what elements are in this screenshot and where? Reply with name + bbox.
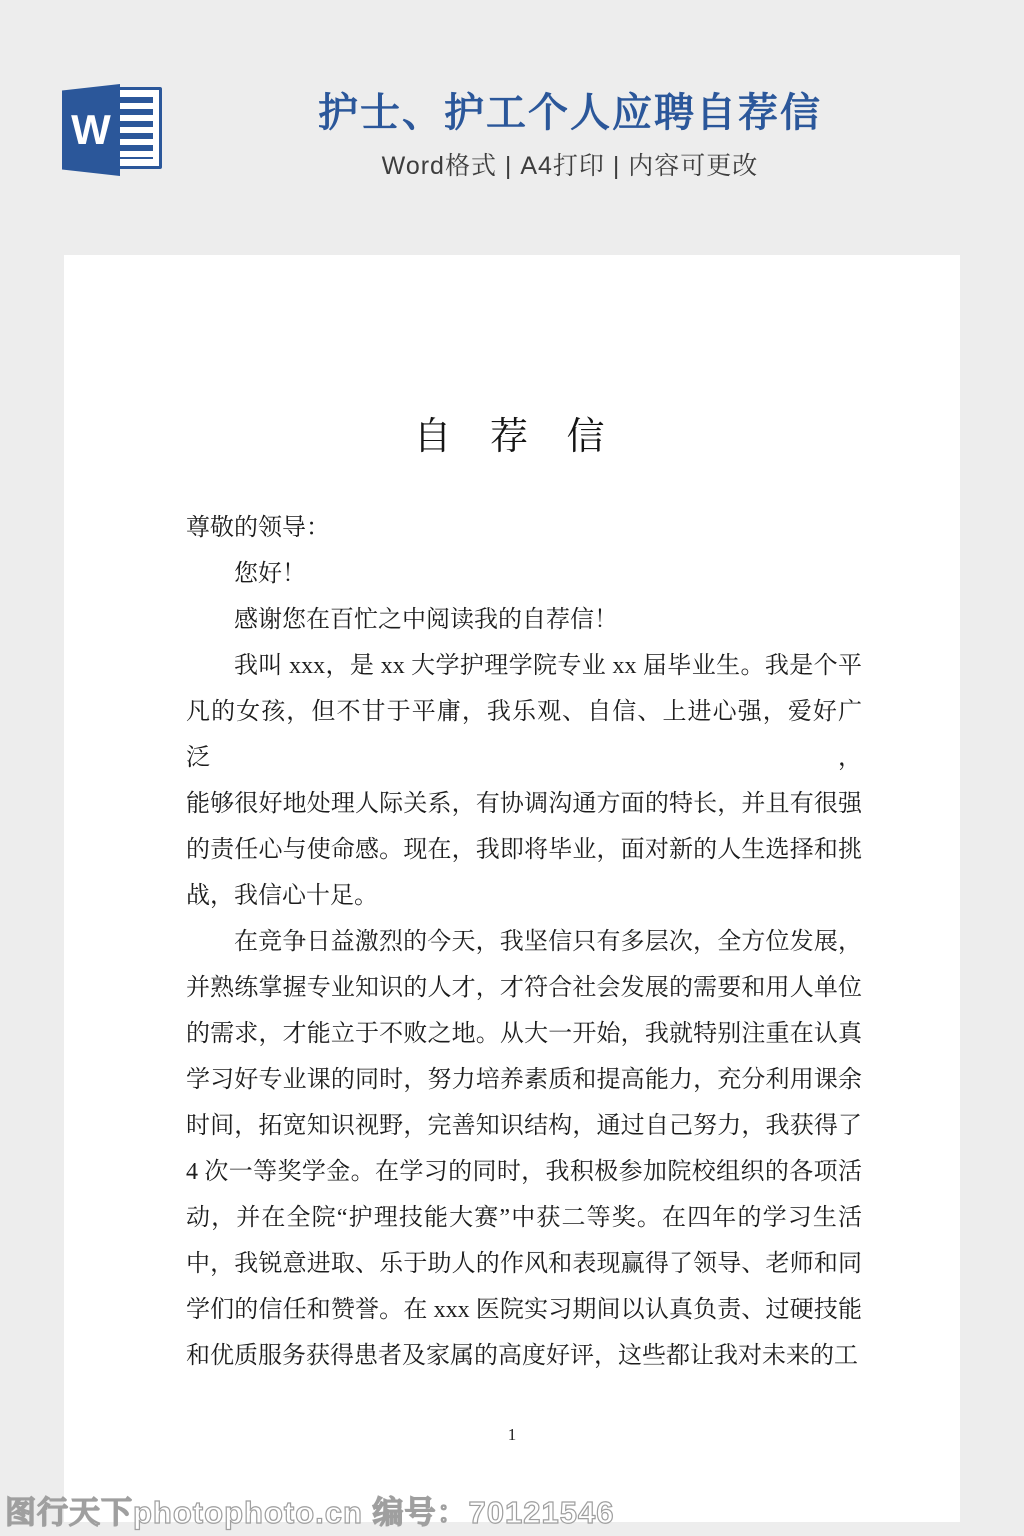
document-line: 在竞争日益激烈的今天，我坚信只有多层次，全方位发展， <box>186 919 862 965</box>
document-line: 时间，拓宽知识视野，完善知识结构，通过自己努力，我获得了 <box>186 1103 862 1149</box>
document-line: 我叫 xxx，是 xx 大学护理学院专业 xx 届毕业生。我是个平 <box>186 643 862 689</box>
document-line: 中，我锐意进取、乐于助人的作风和表现赢得了领导、老师和同 <box>186 1241 862 1287</box>
letter-title: 自 荐 信 <box>64 255 960 465</box>
word-icon-text-lines <box>115 97 153 159</box>
document-page: 自 荐 信 尊敬的领导：您好！感谢您在百忙之中阅读我的自荐信！我叫 xxx，是 … <box>64 255 960 1522</box>
document-line: 学们的信任和赞誉。在 xxx 医院实习期间以认真负责、过硬技能 <box>186 1287 862 1333</box>
document-line: 凡的女孩，但不甘于平庸，我乐观、自信、上进心强，爱好广泛， <box>186 689 862 781</box>
word-icon-blue-cover: W <box>62 84 120 176</box>
word-icon-letter: W <box>71 109 111 151</box>
template-title: 护士、护工个人应聘自荐信 <box>176 90 964 136</box>
document-line: 的需求，才能立于不败之地。从大一开始，我就特别注重在认真 <box>186 1011 862 1057</box>
document-line: 能够很好地处理人际关系，有协调沟通方面的特长，并且有很强 <box>186 781 862 827</box>
word-file-icon: W <box>62 84 162 176</box>
document-line: 4 次一等奖学金。在学习的同时，我积极参加院校组织的各项活 <box>186 1149 862 1195</box>
site-watermark: 图行天下photophoto.cn 编号：70121546 <box>5 1487 614 1532</box>
template-header: 护士、护工个人应聘自荐信 Word格式 | A4打印 | 内容可更改 <box>176 90 964 182</box>
template-subtitle: Word格式 | A4打印 | 内容可更改 <box>176 146 964 182</box>
document-body: 尊敬的领导：您好！感谢您在百忙之中阅读我的自荐信！我叫 xxx，是 xx 大学护… <box>186 505 862 1379</box>
document-line: 的责任心与使命感。现在，我即将毕业，面对新的人生选择和挑 <box>186 827 862 873</box>
document-line: 战，我信心十足。 <box>186 873 862 919</box>
document-line: 感谢您在百忙之中阅读我的自荐信！ <box>186 597 862 643</box>
page-number: 1 <box>64 1425 960 1445</box>
document-line: 您好！ <box>186 551 862 597</box>
document-line: 尊敬的领导： <box>186 505 862 551</box>
document-line: 学习好专业课的同时，努力培养素质和提高能力，充分利用课余 <box>186 1057 862 1103</box>
document-line: 并熟练掌握专业知识的人才，才符合社会发展的需要和用人单位 <box>186 965 862 1011</box>
document-line: 和优质服务获得患者及家属的高度好评，这些都让我对未来的工 <box>186 1333 862 1379</box>
document-line: 动，并在全院“护理技能大赛”中获二等奖。在四年的学习生活 <box>186 1195 862 1241</box>
